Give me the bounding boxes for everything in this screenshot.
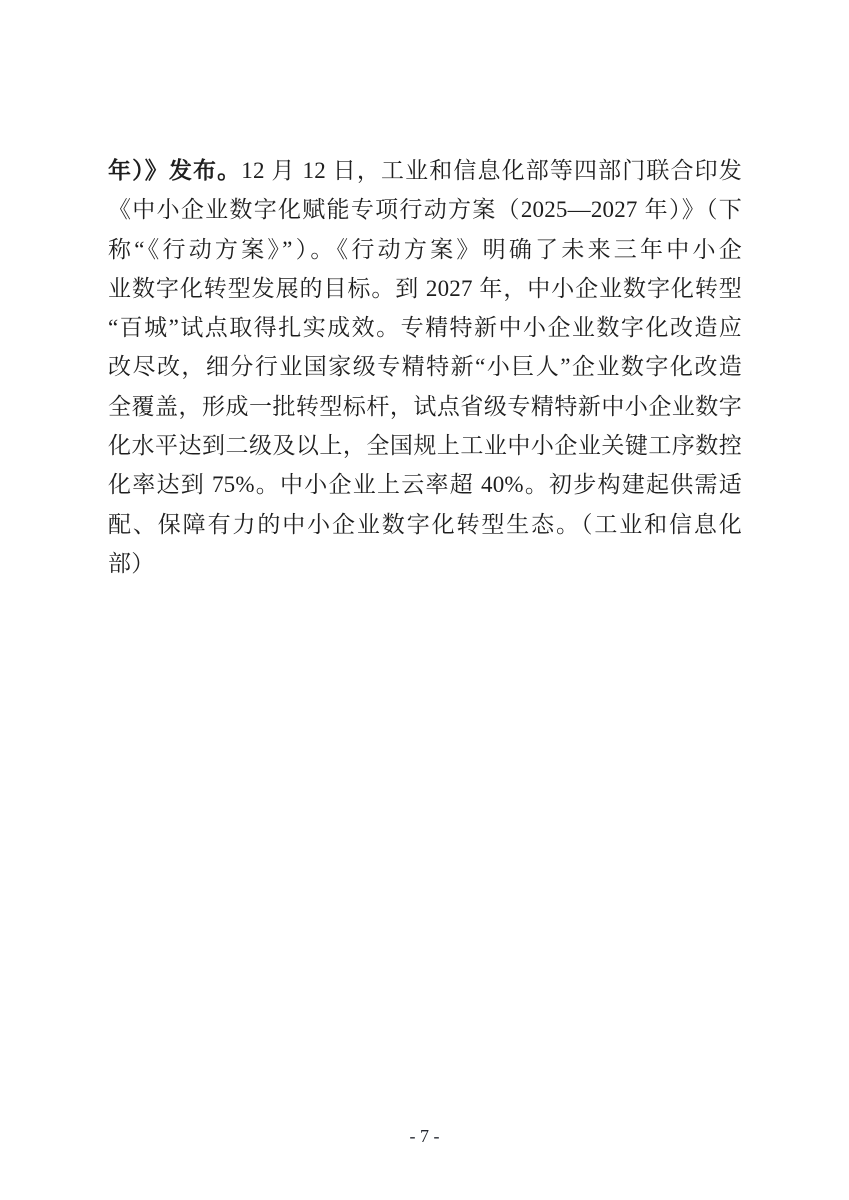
paragraph-line: 改尽改，细分行业国家级专精特新“小巨人”企业数字化改造 (108, 347, 742, 386)
paragraph-line: 年）》发布。12 月 12 日，工业和信息化部等四部门联合印发 (108, 151, 742, 190)
bold-run: 年）》发布。 (108, 158, 241, 183)
paragraph-line: 《中小企业数字化赋能专项行动方案（2025—2027 年）》（下 (108, 190, 742, 229)
paragraph-line: 配、保障有力的中小企业数字化转型生态。（工业和信息化 (108, 505, 742, 544)
page-number: - 7 - (410, 1126, 440, 1146)
paragraph-line: 部） (108, 544, 742, 583)
paragraph-line: 称“《行动方案》”）。《行动方案》明确了未来三年中小企 (108, 230, 742, 269)
paragraph-line: 业数字化转型发展的目标。到 2027 年，中小企业数字化转型 (108, 269, 742, 308)
paragraph-line: 化水平达到二级及以上，全国规上工业中小企业关键工序数控 (108, 426, 742, 465)
document-page: 年）》发布。12 月 12 日，工业和信息化部等四部门联合印发 《中小企业数字化… (0, 0, 849, 1200)
body-paragraph: 年）》发布。12 月 12 日，工业和信息化部等四部门联合印发 《中小企业数字化… (108, 151, 742, 583)
paragraph-line: 化率达到 75%。中小企业上云率超 40%。初步构建起供需适 (108, 465, 742, 504)
paragraph-line: 全覆盖，形成一批转型标杆，试点省级专精特新中小企业数字 (108, 387, 742, 426)
paragraph-line: “百城”试点取得扎实成效。专精特新中小企业数字化改造应 (108, 308, 742, 347)
line-text: 12 月 12 日，工业和信息化部等四部门联合印发 (241, 158, 742, 183)
page-footer: - 7 - (0, 1126, 849, 1147)
